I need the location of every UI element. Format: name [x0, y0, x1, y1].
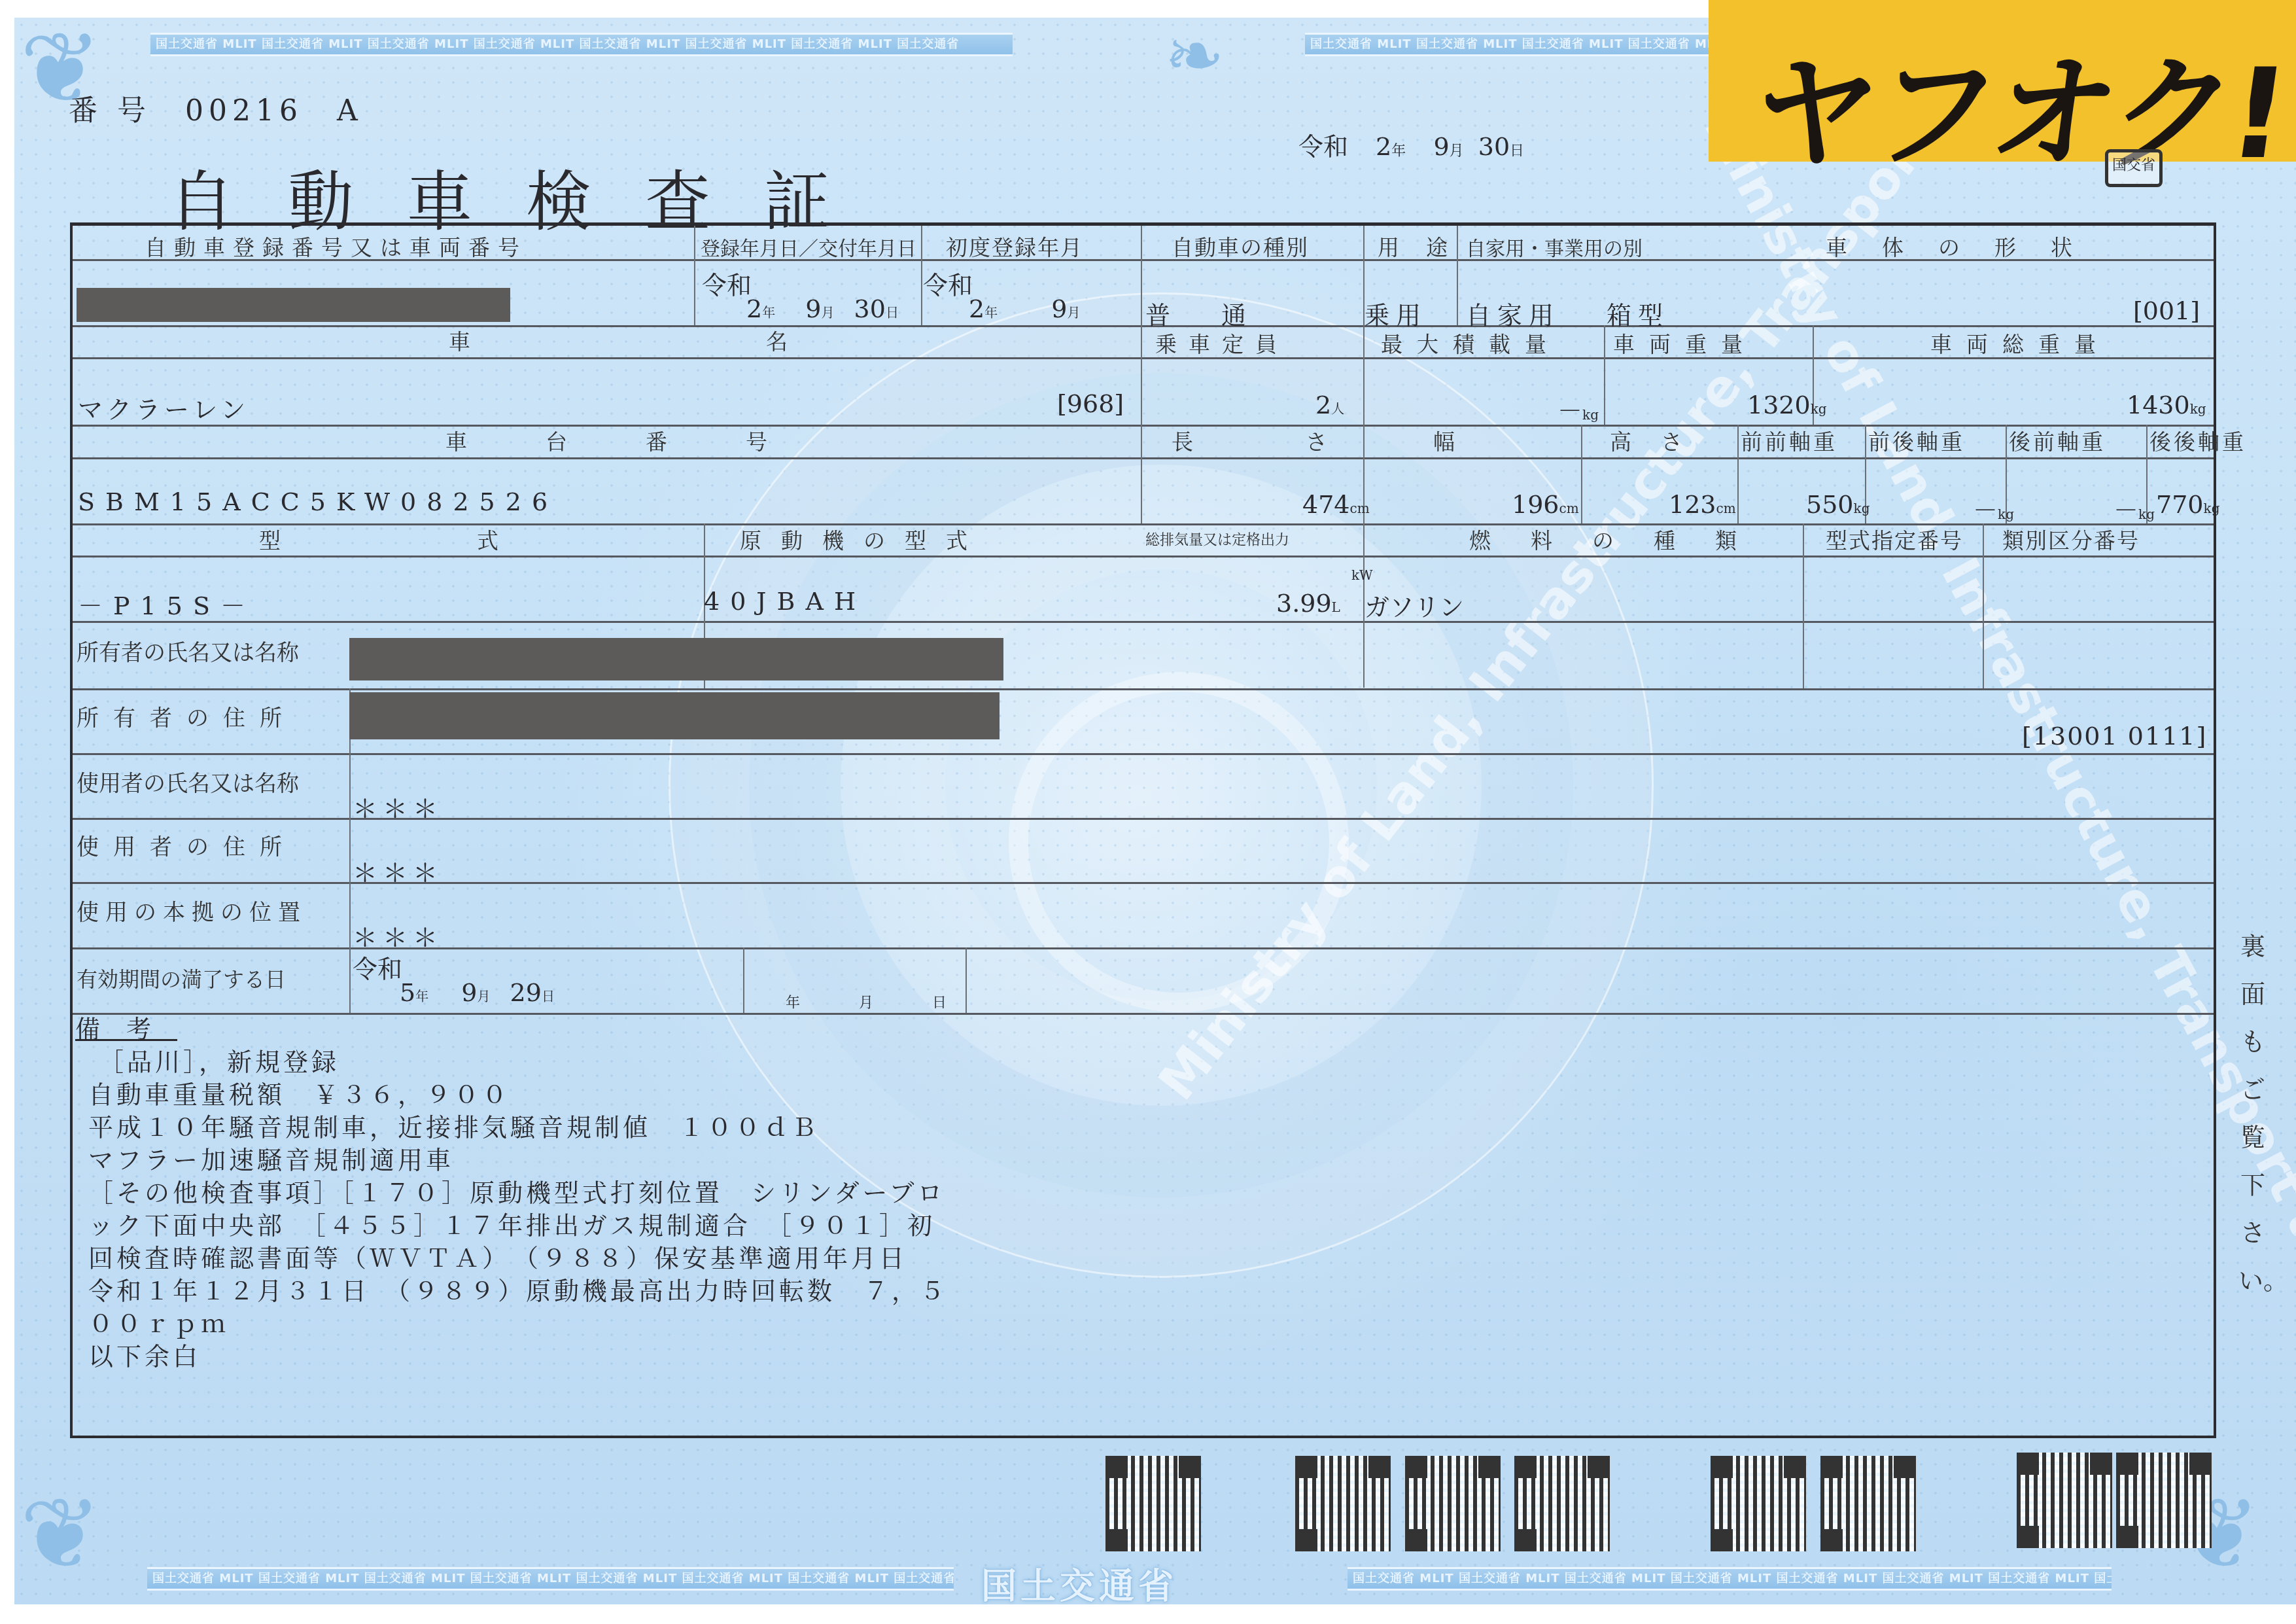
remarks-line: 平成１０年騒音規制車，近接排気騒音規制値 １００ｄＢ	[88, 1111, 948, 1144]
certificate-table: 自動車登録番号又は車両番号 登録年月日／交付年月日 初度登録年月 自動車の種別 …	[70, 222, 2216, 1438]
security-ribbon-top-right: 国土交通省 MLIT 国土交通省 MLIT 国土交通省 MLIT 国土交通省 M…	[1305, 33, 1716, 56]
ministry-crest: 国土交通省	[981, 1559, 1177, 1609]
yahuoku-logo: ヤフオク!	[1709, 0, 2296, 162]
qr-code	[1295, 1456, 1391, 1551]
see-reverse-note: 裏面もご覧下さい。	[2238, 923, 2267, 1305]
model-value: －P15S－	[78, 586, 256, 622]
width-value: 196cm	[1512, 490, 1579, 519]
remarks-line: 以下余白	[88, 1340, 948, 1373]
security-ribbon-bottom-left: 国土交通省 MLIT 国土交通省 MLIT 国土交通省 MLIT 国土交通省 M…	[147, 1567, 954, 1591]
label-car-name-1: 車	[449, 325, 478, 356]
label-private-business: 自家用・事業用の別	[1466, 232, 1643, 261]
label-height: 高 さ	[1610, 425, 1686, 456]
unit: 年	[415, 989, 428, 1004]
expiry-year: 5	[400, 978, 415, 1007]
blank-date: 年月日	[786, 991, 947, 1012]
length-label-char: さ	[1306, 429, 1335, 455]
expiry-value: 5年 9月 29日	[400, 978, 555, 1007]
qr-code	[1105, 1456, 1201, 1551]
remarks-line: ［その他検査事項］［１７０］原動機型式打刻位置 シリンダーブロ	[88, 1176, 948, 1209]
unit: 日	[1510, 143, 1524, 159]
gross-weight-value: 1430kg	[2127, 391, 2206, 419]
label-chassis-number: 車台番号	[445, 425, 767, 456]
unit: 日	[886, 305, 899, 321]
remarks-line: 回検査時確認書面等（ＷＶＴＡ） （９８８）保安基準適用年月日	[88, 1242, 948, 1275]
label-user-name: 使用者の氏名又は名称	[77, 766, 299, 798]
qr-code	[1711, 1456, 1806, 1551]
label-gross-weight: 車両総重量	[1930, 328, 2110, 359]
unit: 日	[542, 989, 555, 1004]
capacity-value: 2人	[1315, 391, 1344, 419]
first-reg-value: 2年 9月	[969, 294, 1080, 323]
unit: 月	[1067, 305, 1080, 321]
label-type-approval: 型式指定番号	[1826, 524, 1963, 555]
body-code: [001]	[2133, 296, 2200, 325]
scroll-ornament-icon: ❦	[20, 1485, 102, 1583]
qr-code	[1405, 1456, 1501, 1551]
remarks-line: 自動車重量税額 ￥３６，９００	[88, 1078, 948, 1111]
label-car-name-2: 名	[766, 325, 795, 356]
length-label-char: 長	[1172, 429, 1201, 455]
label-fr-axle: 前後軸重	[1868, 425, 1965, 456]
number-value: 00216 A	[185, 94, 363, 128]
unit: 日	[932, 995, 947, 1011]
issue-day: 30	[1478, 132, 1510, 161]
unit: kg	[2190, 401, 2206, 417]
gross-weight-number: 1430	[2127, 391, 2190, 419]
remarks-line: ００ｒｐｍ	[88, 1307, 948, 1340]
number-label: 番 号	[69, 94, 151, 128]
unit: 月	[821, 305, 834, 321]
unit: 月	[859, 995, 873, 1011]
engine-model-value: 40JBAH	[704, 587, 866, 616]
remarks-section: 備考 ［品川］，新規登録自動車重量税額 ￥３６，９００平成１０年騒音規制車，近接…	[75, 1013, 948, 1373]
reg-day: 30	[854, 294, 886, 323]
unit: L	[1332, 599, 1340, 615]
unit: cm	[1716, 501, 1736, 516]
ff-axle-number: 550	[1806, 490, 1854, 519]
remarks-line: ック下面中央部 ［４５５］１７年排出ガス規制適合 ［９０１］初	[88, 1209, 948, 1242]
label-ff-axle: 前前軸重	[1741, 425, 1837, 456]
model-label-char: 式	[477, 528, 498, 554]
unit: 年	[984, 305, 998, 321]
fr-axle-value: －kg	[1973, 490, 2014, 526]
label-fuel: 燃 料 の 種 類	[1469, 524, 1746, 555]
vehicle-weight-number: 1320	[1747, 391, 1811, 419]
label-first-reg: 初度登録年月	[946, 231, 1083, 262]
ff-axle-value: 550kg	[1806, 490, 1870, 519]
rf-axle-number: －	[2113, 496, 2138, 525]
label-engine-model: 原動機の型式	[740, 524, 987, 555]
redacted-owner-address	[349, 692, 1000, 739]
expiry-day: 29	[510, 978, 542, 1007]
chassis-number-value: SBM15ACC5KW082526	[78, 487, 558, 516]
qr-code	[2116, 1453, 2212, 1548]
rf-axle-value: －kg	[2113, 490, 2155, 526]
unit: cm	[1350, 501, 1370, 516]
document-number: 番 号 00216 A	[69, 87, 363, 129]
label-displacement: 総排気量又は定格出力	[1145, 529, 1289, 549]
reg-date-era: 令和	[702, 265, 752, 301]
unit: 年	[786, 995, 800, 1011]
unit: kg	[1854, 501, 1870, 516]
label-width: 幅	[1433, 425, 1463, 456]
issue-year: 2	[1376, 132, 1391, 161]
unit: 年	[762, 305, 775, 321]
label-rr-axle: 後後軸重	[2149, 425, 2246, 456]
fuel-value: ガソリン	[1365, 587, 1464, 623]
qr-code	[2017, 1453, 2112, 1548]
remarks-line: マフラー加速騒音規制適用車	[88, 1144, 948, 1176]
label-reg-number: 自動車登録番号又は車両番号	[145, 231, 527, 262]
user-name-value: ＊＊＊	[353, 788, 443, 824]
max-load-number: －	[1557, 397, 1582, 425]
qr-code	[1820, 1456, 1916, 1551]
remarks-line: ［品川］，新規登録	[99, 1046, 948, 1078]
issue-date: 令和 2年 9月 30日	[1298, 126, 1524, 162]
label-user-address: 使用者の住所	[77, 829, 296, 861]
label-capacity: 乗車定員	[1155, 328, 1289, 359]
label-expiry: 有効期間の満了する日	[77, 963, 286, 993]
unit: kg	[1582, 407, 1599, 423]
label-rf-axle: 後前軸重	[2009, 425, 2106, 456]
remarks-line: 令和１年１２月３１日 （９８９）原動機最高出力時回転数 ７，５	[88, 1275, 948, 1307]
expiry-era: 令和	[353, 949, 402, 985]
length-value: 474cm	[1302, 490, 1370, 519]
chassis-label-char: 号	[746, 429, 767, 455]
displacement-value: 3.99L	[1276, 589, 1340, 618]
label-category: 類別区分番号	[2002, 524, 2140, 555]
expiry-month: 9	[461, 978, 477, 1007]
owner-address-code: [13001 0111]	[2022, 722, 2207, 750]
height-number: 123	[1669, 490, 1716, 519]
user-address-value: ＊＊＊	[353, 853, 443, 889]
label-base-location: 使用の本拠の位置	[77, 894, 307, 927]
unit: kg	[1998, 506, 2014, 522]
redacted-reg-number	[77, 288, 510, 322]
length-number: 474	[1302, 490, 1350, 519]
security-ribbon-top-left: 国土交通省 MLIT 国土交通省 MLIT 国土交通省 MLIT 国土交通省 M…	[150, 33, 1013, 56]
security-ribbon-bottom-right: 国土交通省 MLIT 国土交通省 MLIT 国土交通省 MLIT 国土交通省 M…	[1348, 1567, 2112, 1591]
redacted-owner-name	[349, 638, 1003, 680]
rr-axle-number: 770	[2156, 490, 2204, 519]
unit-kw: kW	[1351, 567, 1373, 583]
height-value: 123cm	[1669, 490, 1736, 519]
chassis-label-char: 番	[646, 429, 667, 455]
reg-date-value: 2年 9月 30日	[746, 294, 899, 323]
displacement-number: 3.99	[1276, 589, 1332, 618]
qr-code	[1514, 1456, 1610, 1551]
logo-text: ヤフオク!	[1742, 14, 2296, 193]
base-location-value: ＊＊＊	[353, 917, 443, 953]
vehicle-weight-value: 1320kg	[1747, 391, 1827, 419]
body-shape-value: 箱型	[1607, 295, 1669, 331]
fr-axle-number: －	[1973, 496, 1998, 525]
rr-axle-value: 770kg	[2156, 490, 2219, 519]
unit: cm	[1559, 501, 1579, 516]
private-business-value: 自家用	[1466, 295, 1560, 331]
issue-month: 9	[1433, 132, 1449, 161]
label-model: 型式	[259, 524, 498, 555]
vehicle-class-value: 普 通	[1145, 295, 1259, 331]
unit: 人	[1331, 401, 1344, 417]
remarks-lines: ［品川］，新規登録自動車重量税額 ￥３６，９００平成１０年騒音規制車，近接排気騒…	[75, 1046, 948, 1373]
max-load-value: －kg	[1557, 391, 1599, 427]
issuer-stamp: 国交省	[2105, 149, 2163, 187]
chassis-label-char: 台	[546, 429, 567, 455]
label-max-load: 最大積載量	[1381, 328, 1561, 359]
car-name-value: マクラーレン	[78, 389, 249, 425]
scroll-ornament-icon: ❧	[1164, 20, 1225, 92]
label-length: 長さ	[1172, 425, 1335, 456]
unit: 年	[1391, 143, 1406, 159]
label-owner-address: 所有者の住所	[77, 700, 296, 732]
label-owner-name: 所有者の氏名又は名称	[77, 635, 299, 667]
label-vehicle-class: 自動車の種別	[1172, 231, 1309, 262]
first-reg-year: 2	[969, 294, 984, 323]
unit: kg	[2204, 501, 2220, 516]
label-vehicle-weight: 車両重量	[1613, 328, 1757, 359]
unit: 月	[477, 989, 490, 1004]
label-remarks: 備考	[75, 1013, 948, 1046]
capacity-number: 2	[1315, 391, 1331, 419]
reg-month: 9	[805, 294, 821, 323]
first-reg-month: 9	[1051, 294, 1067, 323]
label-reg-date: 登録年月日／交付年月日	[701, 232, 916, 261]
unit: 月	[1450, 143, 1464, 159]
unit: kg	[1811, 401, 1827, 417]
label-body-shape: 車 体 の 形 状	[1826, 231, 2079, 262]
first-reg-era: 令和	[923, 265, 973, 301]
chassis-label-char: 車	[445, 429, 467, 455]
width-number: 196	[1512, 490, 1559, 519]
issue-era: 令和	[1298, 132, 1348, 161]
model-label-char: 型	[259, 528, 281, 554]
car-name-code: [968]	[1057, 389, 1124, 418]
usage-value: 乗用	[1365, 295, 1427, 331]
label-usage: 用 途	[1378, 231, 1450, 262]
reg-year: 2	[746, 294, 762, 323]
unit: kg	[2138, 506, 2155, 522]
